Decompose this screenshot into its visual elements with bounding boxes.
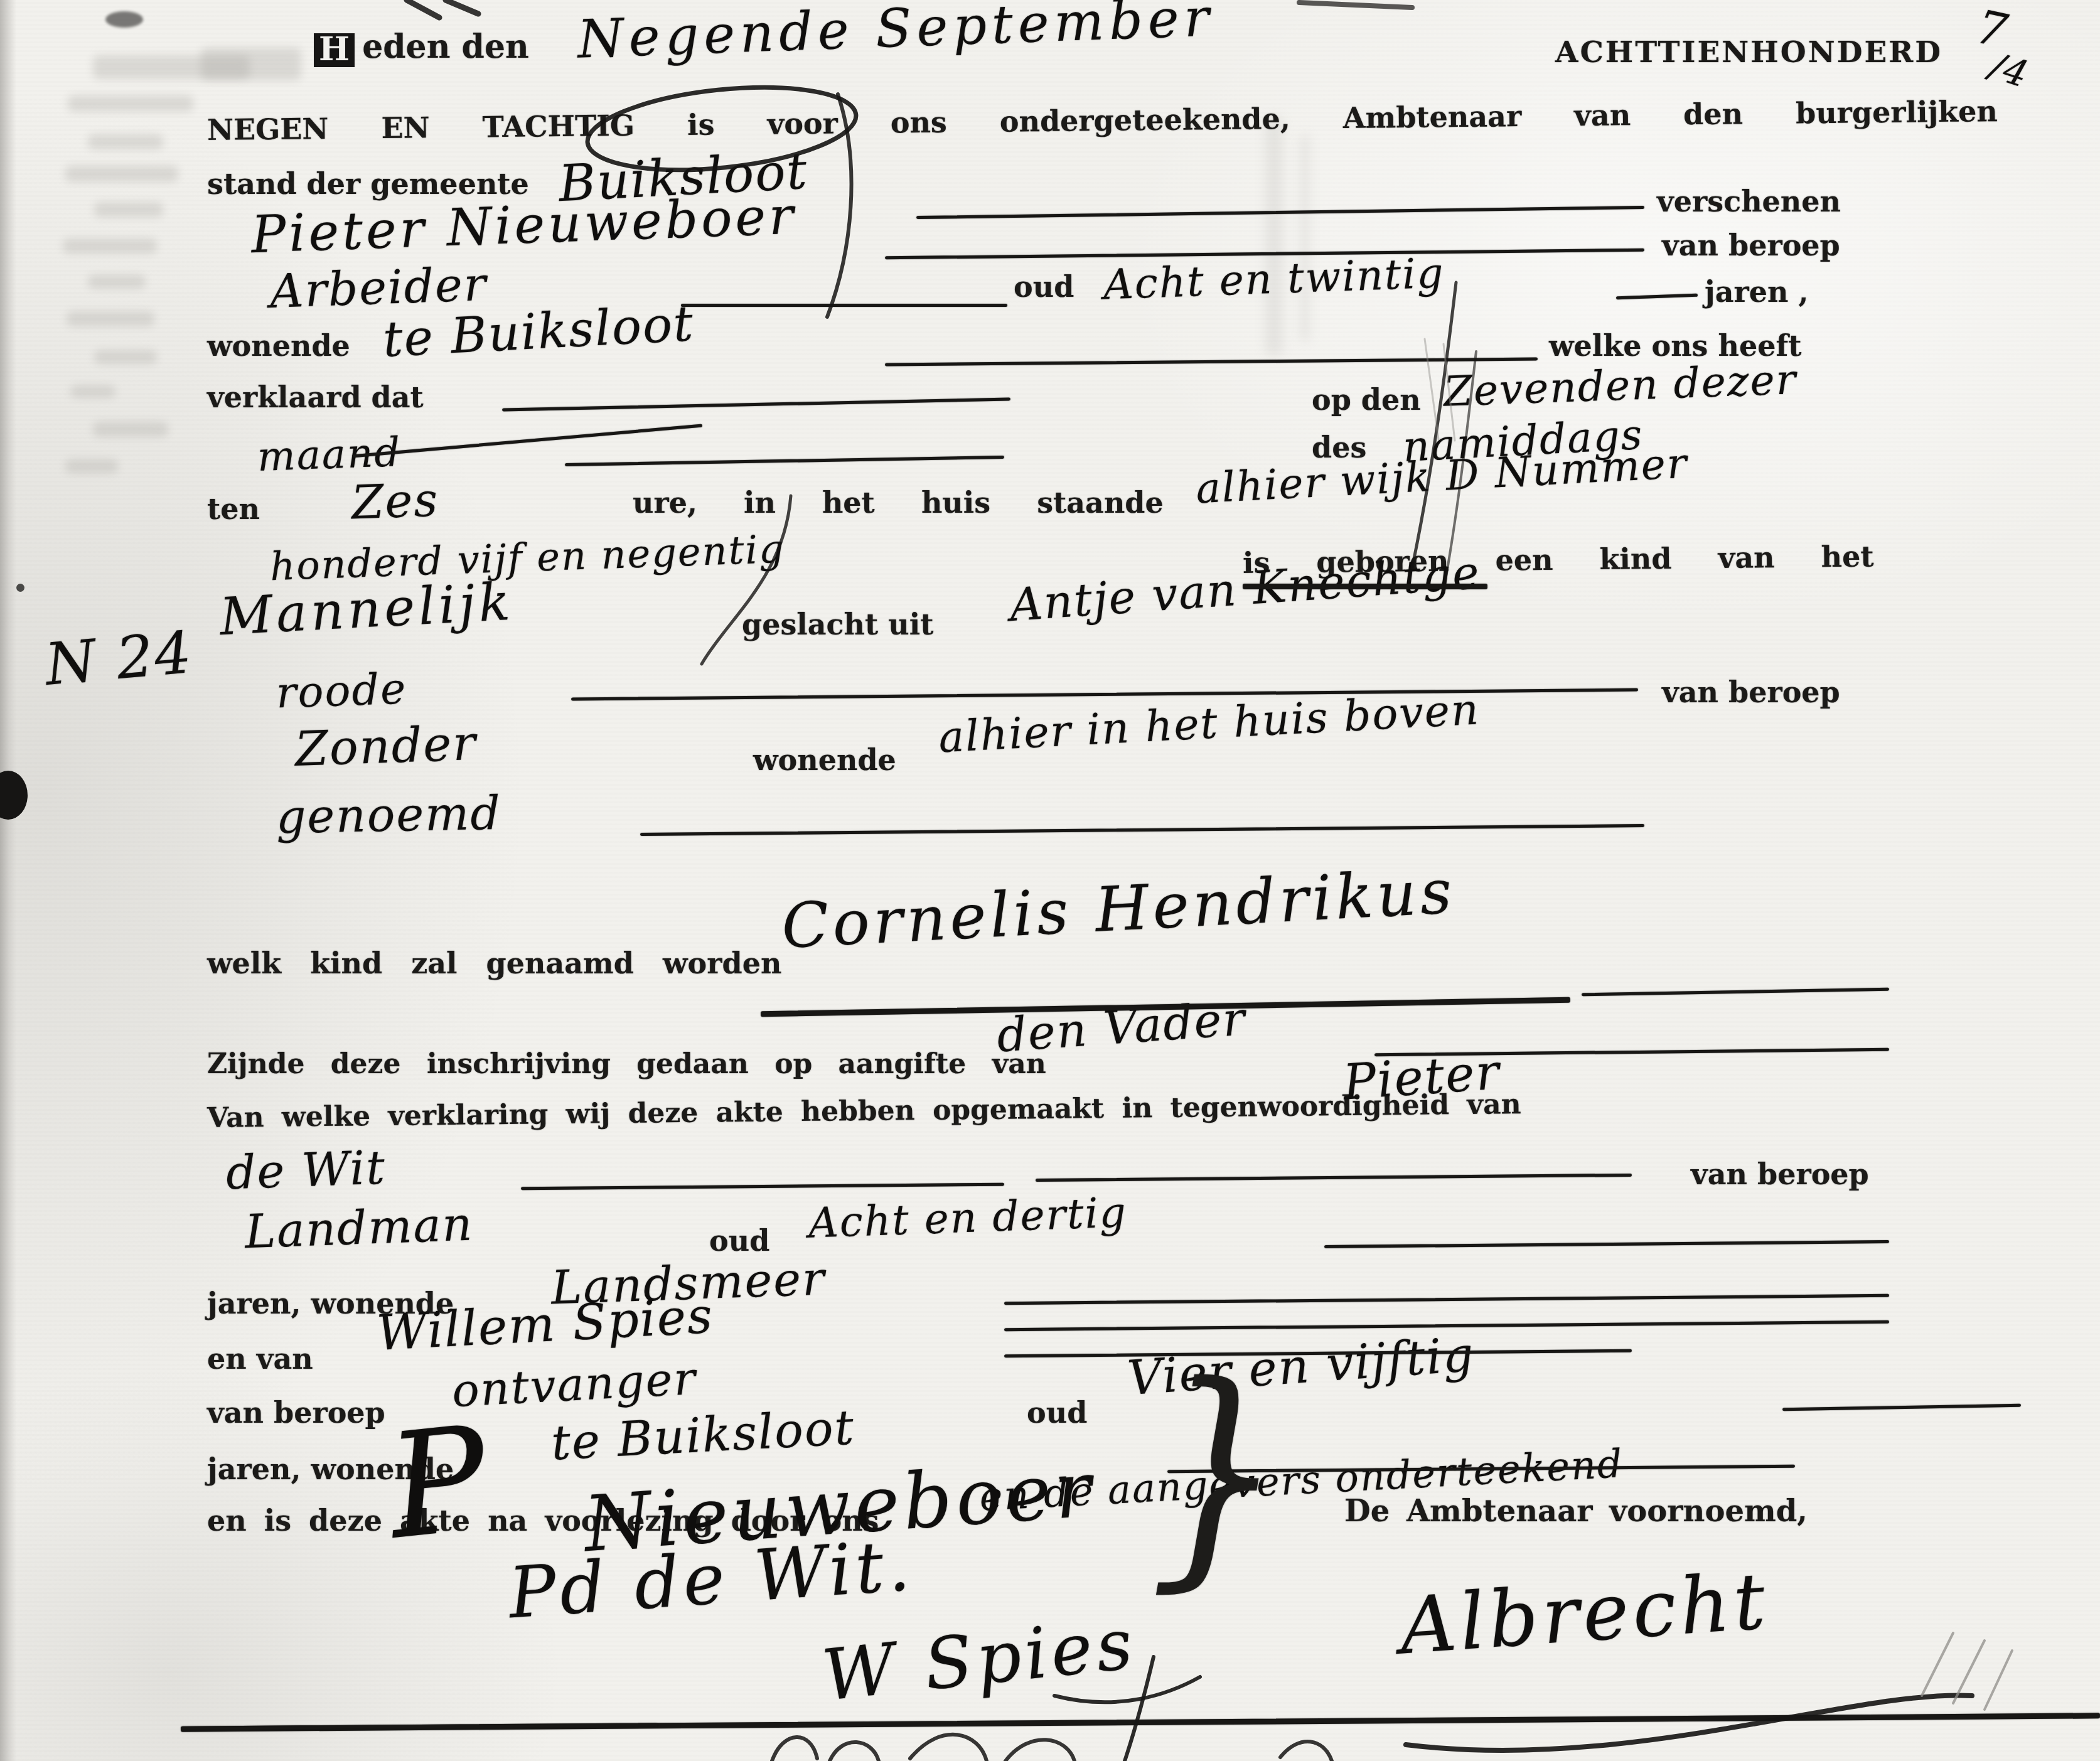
brace-glyph: } (1149, 1334, 1284, 1613)
entry-witness1-last-name: de Wit (225, 1141, 387, 1201)
entry-birth-day: Zevenden dezer (1443, 355, 1798, 416)
bleedthrough-smudge (88, 275, 146, 289)
entry-mother-name-2: roode (276, 664, 408, 718)
entry-house-number: honderd vijf en negentig (269, 526, 786, 590)
blank-rule (681, 304, 1007, 307)
blank-rule (1782, 1404, 2021, 1411)
form-van-welke-verklaring: Van welke verklaring wij deze akte hebbe… (207, 1088, 1521, 1134)
bleedthrough-smudge (65, 166, 178, 182)
form-zijnde-inschrijving: Zijnde deze inschrijving gedaan op aangi… (207, 1048, 1046, 1080)
form-oud-1: oud (1014, 270, 1074, 304)
form-op-den: op den (1312, 383, 1421, 417)
entry-date: Negende September (577, 0, 1216, 70)
form-van-beroep-4: van beroep (207, 1396, 385, 1430)
form-oud-2: oud (709, 1224, 769, 1258)
underline-is-geboren (1243, 584, 1487, 589)
blank-rule (1004, 1294, 1889, 1305)
form-van-beroep-3: van beroep (1691, 1157, 1869, 1191)
signature-official: Albrecht (1397, 1556, 1772, 1673)
signature-witness2: W Spies (819, 1603, 1140, 1717)
signature-witness1: Pd de Wit. (506, 1525, 916, 1635)
form-en-van: en van (207, 1342, 313, 1376)
blank-rule (352, 424, 702, 458)
form-verschenen: verschenen (1657, 185, 1841, 218)
birth-record-scan: N 24 7 /4 Heden den ACHTTIENHONDERD NEGE… (0, 0, 2100, 1761)
blank-rule (565, 456, 1004, 466)
entry-witness1-profession: Landman (244, 1197, 474, 1260)
form-welk-kind: welk kind zal genaamd worden (207, 946, 781, 980)
entry-witness2-profession: ontvanger (451, 1352, 698, 1417)
bleedthrough-streak (1265, 117, 1283, 355)
bleedthrough-smudge (65, 459, 118, 473)
blank-rule (1616, 294, 1698, 300)
form-oud-3: oud (1027, 1396, 1087, 1430)
scan-edge-shadow (0, 0, 16, 1761)
bottom-separator-rule (181, 1713, 2100, 1732)
blank-rule (1036, 1174, 1632, 1182)
bleedthrough-smudge (93, 422, 168, 437)
form-van-beroep-2: van beroep (1662, 675, 1840, 709)
form-ten: ten (207, 492, 260, 526)
form-geslacht-uit: geslacht uit (742, 608, 934, 641)
form-ure-huis-staande: ure, in het huis staande (633, 486, 1164, 520)
margin-act-number: N 24 (43, 619, 195, 699)
form-van-beroep-1: van beroep (1662, 228, 1840, 262)
blank-rule (640, 824, 1644, 836)
form-ambtenaar-voornoemd: De Ambtenaar voornoemd, (1344, 1494, 1808, 1529)
entry-mother-profession: Zonder (294, 715, 478, 777)
bleedthrough-smudge (63, 238, 157, 254)
edge-mark (105, 11, 143, 28)
form-wonende-1: wonende (207, 329, 350, 363)
bleedthrough-smudge (93, 55, 250, 79)
signature-declarant-initial: P (380, 1394, 498, 1571)
entry-mother-residence-2: genoemd (276, 786, 501, 844)
form-wonende-2: wonende (753, 743, 896, 777)
form-opening-line2: NEGEN EN TACHTIG is voor ons ondergeteek… (207, 94, 1998, 147)
entry-witness1-age: Acht en dertig (808, 1188, 1128, 1248)
blank-rule (885, 357, 1538, 366)
bleedthrough-smudge (68, 95, 193, 112)
entry-hour: Zes (351, 473, 440, 530)
bleedthrough-smudge (94, 350, 157, 364)
entry-witness2-residence: te Buiksloot (550, 1399, 856, 1470)
entry-child-gender: Mannelijk (218, 572, 515, 647)
bleedthrough-smudge (88, 134, 163, 149)
bleedthrough-smudge (67, 311, 154, 326)
bleedthrough-streak (1300, 134, 1309, 341)
ornate-initial-H: H (314, 33, 355, 67)
form-stand-der-gemeente: stand der gemeente (207, 167, 529, 201)
entry-declared-by: den Vader (995, 992, 1248, 1063)
scan-ink-blob (0, 771, 28, 820)
blank-rule (502, 398, 1010, 412)
blank-rule (1324, 1240, 1889, 1248)
ink-speck (16, 584, 24, 592)
form-verklaard-dat: verklaard dat (207, 380, 424, 414)
form-jaren-1: jaren , (1705, 275, 1808, 309)
blank-rule (1582, 988, 1889, 997)
form-achttienhonderd: ACHTTIENHONDERD (1555, 35, 1942, 70)
entry-child-name: Cornelis Hendrikus (780, 856, 1457, 963)
blank-rule (521, 1183, 1004, 1191)
bleedthrough-smudge (70, 385, 115, 398)
entry-declarant-age: Acht en twintig (1103, 249, 1445, 309)
form-heden-den: Heden den (314, 28, 529, 66)
heden-rest: eden den (362, 28, 529, 66)
bleedthrough-smudge (94, 202, 163, 217)
